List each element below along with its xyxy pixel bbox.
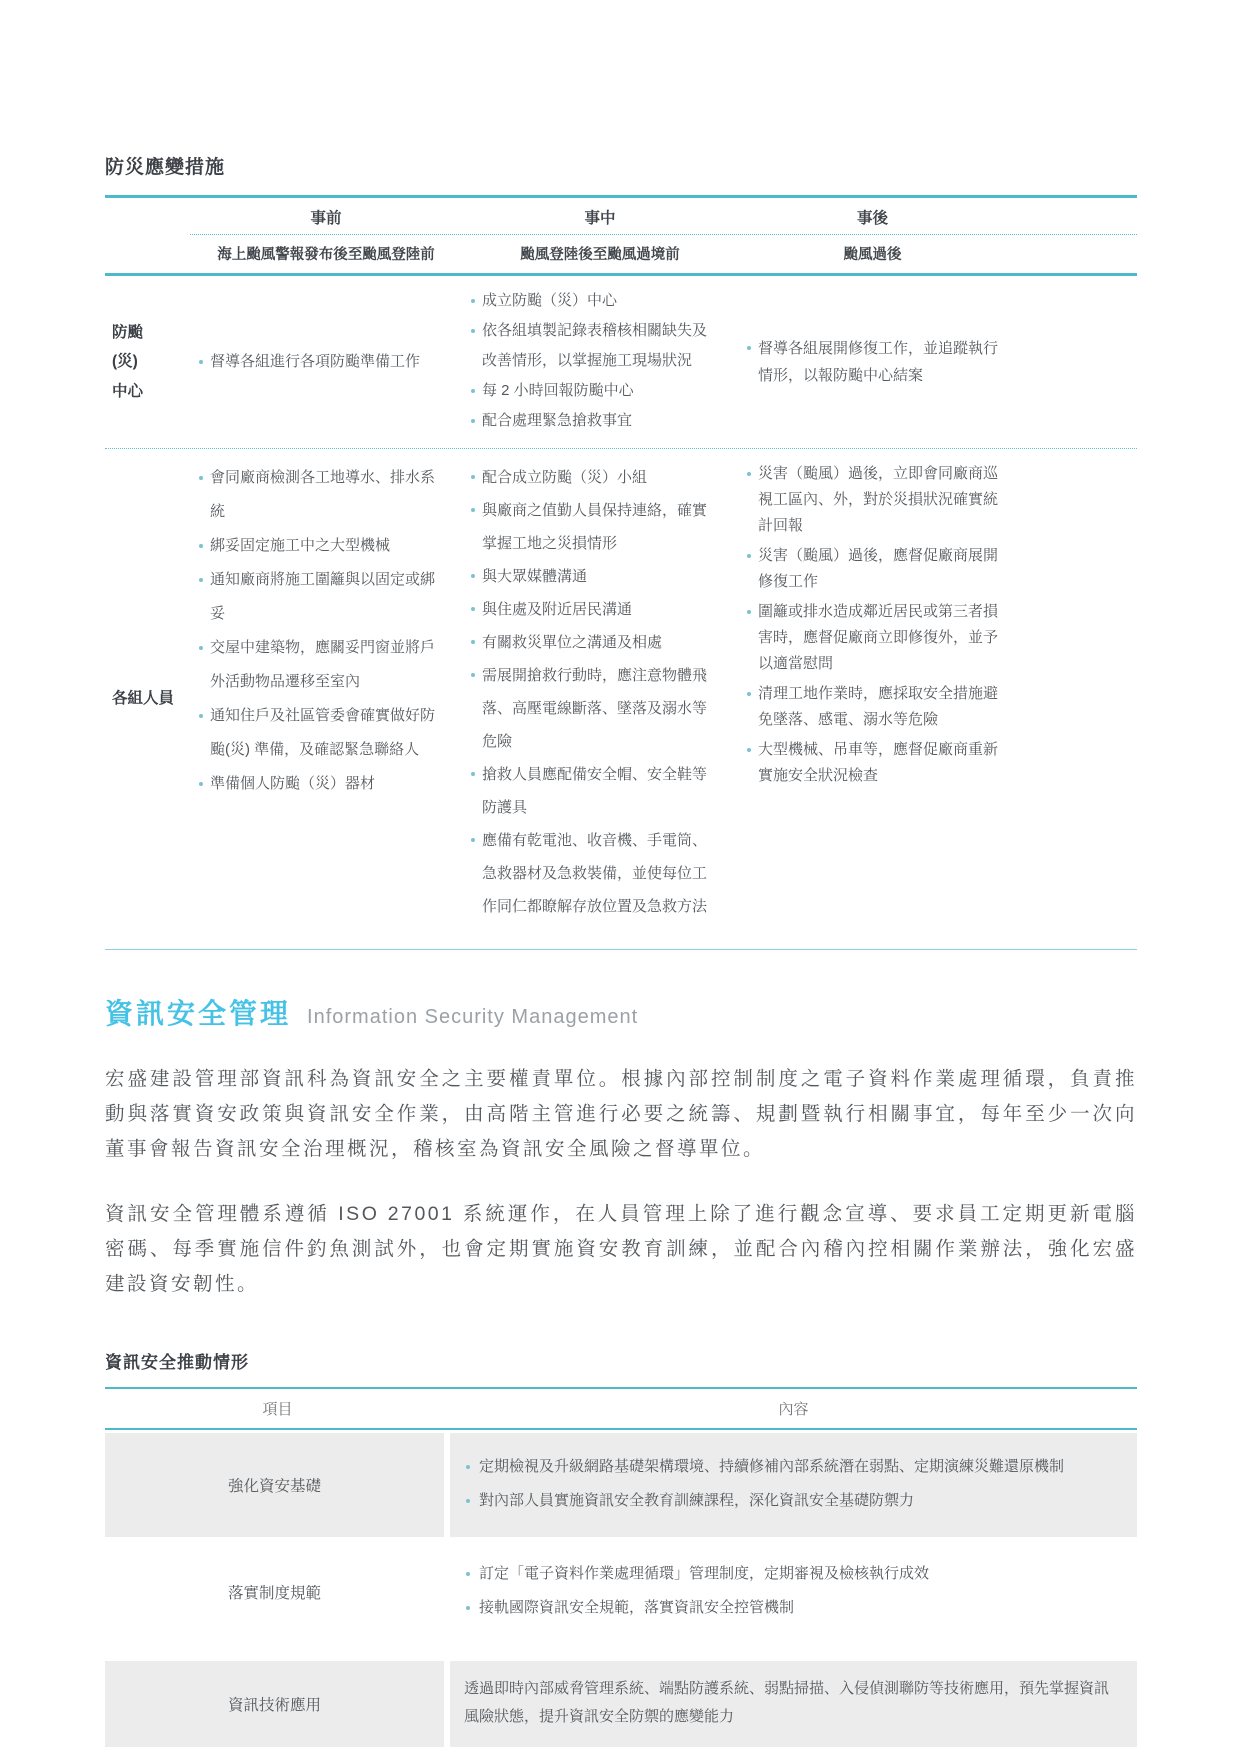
cell-center-during: 成立防颱（災）中心 依各組填製記錄表稽核相關缺失及改善情形，以掌握施工現場狀況 … <box>462 276 738 448</box>
row-content: 訂定「電子資料作業處理循環」管理制度，定期審視及檢核執行成效 接軌國際資訊安全規… <box>450 1540 1137 1644</box>
bullet-item: 大型機械、吊車等，應督促廠商重新實施安全狀況檢查 <box>745 737 1005 789</box>
bullet-item: 與大眾媒體溝通 <box>469 560 716 593</box>
info-security-table: 項目 內容 強化資安基礎 定期檢視及升級網路基礎架構環境、持續修補內部系統潛在弱… <box>105 1387 1137 1747</box>
bullet-item: 災害（颱風）過後，立即會同廠商巡視工區內、外，對於災損狀況確實統計回報 <box>745 461 1005 539</box>
subheader-spacer <box>105 243 190 264</box>
paragraph: 資訊安全管理體系遵循 ISO 27001 系統運作，在人員管理上除了進行觀念宣導… <box>105 1197 1137 1302</box>
bullet-item: 與廠商之值勤人員保持連絡，確實掌握工地之災損情形 <box>469 494 716 560</box>
subheader-after: 颱風過後 <box>738 243 1137 264</box>
table-row: 資訊技術應用 透過即時內部威脅管理系統、端點防護系統、弱點掃描、入侵偵測聯防等技… <box>105 1661 1137 1747</box>
column-header-item: 項目 <box>105 1398 450 1419</box>
bullet-item: 督導各組展開修復工作，並追蹤執行情形，以報防颱中心結案 <box>745 335 1005 389</box>
bullet-item: 需展開搶救行動時，應注意物體飛落、高壓電線斷落、墜落及溺水等危險 <box>469 659 716 758</box>
column-header-content: 內容 <box>450 1398 1137 1419</box>
disaster-table-title: 防災應變措施 <box>105 152 1137 179</box>
cell-center-before: 督導各組進行各項防颱準備工作 <box>190 276 462 448</box>
subheader-before: 海上颱風警報發布後至颱風登陸前 <box>190 243 462 264</box>
bullet-item: 準備個人防颱（災）器材 <box>197 767 446 801</box>
section-heading: 資訊安全管理 Information Security Management <box>105 992 1137 1032</box>
bullet-item: 災害（颱風）過後，應督促廠商展開修復工作 <box>745 543 1005 595</box>
bullet-item: 會同廠商檢測各工地導水、排水系統 <box>197 461 446 529</box>
bullet-item: 定期檢視及升級網路基礎架構環境、持續修補內部系統潛在弱點、定期演練災難還原機制 <box>462 1453 1111 1481</box>
subsection-title: 資訊安全推動情形 <box>105 1348 1137 1373</box>
bullet-item: 接軌國際資訊安全規範，落實資訊安全控管機制 <box>462 1594 1111 1622</box>
bullet-item: 有關救災單位之溝通及相處 <box>469 626 716 659</box>
row-content: 定期檢視及升級網路基礎架構環境、持續修補內部系統潛在弱點、定期演練災難還原機制 … <box>450 1433 1137 1537</box>
section-heading-en: Information Security Management <box>307 1006 638 1029</box>
bullet-item: 交屋中建築物，應關妥門窗並將戶外活動物品遷移至室內 <box>197 631 446 699</box>
subheader-during: 颱風登陸後至颱風過境前 <box>462 243 738 264</box>
phase-header-after: 事後 <box>738 206 1137 228</box>
row-item-label: 資訊技術應用 <box>105 1661 444 1747</box>
header-divider <box>190 234 1137 235</box>
bullet-item: 通知廠商將施工圍籬與以固定或綁妥 <box>197 563 446 631</box>
bullet-item: 依各組填製記錄表稽核相關缺失及改善情形，以掌握施工現場狀況 <box>469 316 716 376</box>
section-heading-zh: 資訊安全管理 <box>105 992 291 1032</box>
bullet-item: 督導各組進行各項防颱準備工作 <box>197 347 446 377</box>
bullet-item: 配合處理緊急搶救事宜 <box>469 406 716 436</box>
page-content: 防災應變措施 事前 事中 事後 海上颱風警報發布後至颱風登陸前 颱風登陸後至颱風… <box>105 0 1137 1747</box>
phase-header-row: 事前 事中 事後 <box>105 198 1137 235</box>
table-row-teams: 各組人員 會同廠商檢測各工地導水、排水系統 綁妥固定施工中之大型機械 通知廠商將… <box>105 449 1137 950</box>
bullet-item: 應備有乾電池、收音機、手電筒、急救器材及急救裝備，並使每位工作同仁都瞭解存放位置… <box>469 824 716 923</box>
phase-header-before: 事前 <box>190 206 462 228</box>
bullet-item: 每 2 小時回報防颱中心 <box>469 376 716 406</box>
paragraph: 宏盛建設管理部資訊科為資訊安全之主要權責單位。根據內部控制制度之電子資料作業處理… <box>105 1062 1137 1167</box>
bullet-item: 通知住戶及社區管委會確實做好防颱(災) 準備，及確認緊急聯絡人 <box>197 699 446 767</box>
bullet-item: 圍籬或排水造成鄰近居民或第三者損害時，應督促廠商立即修復外，並予以適當慰問 <box>745 599 1005 677</box>
bullet-item: 搶救人員應配備安全帽、安全鞋等防護具 <box>469 758 716 824</box>
table-row-center: 防颱 (災) 中心 督導各組進行各項防颱準備工作 成立防颱（災）中心 依各組填製… <box>105 276 1137 449</box>
row-item-label: 落實制度規範 <box>105 1540 444 1644</box>
bullet-item: 對內部人員實施資訊安全教育訓練課程，深化資訊安全基礎防禦力 <box>462 1487 1111 1515</box>
disaster-response-table: 事前 事中 事後 海上颱風警報發布後至颱風登陸前 颱風登陸後至颱風過境前 颱風過… <box>105 195 1137 950</box>
row-content: 透過即時內部威脅管理系統、端點防護系統、弱點掃描、入侵偵測聯防等技術應用，預先掌… <box>450 1661 1137 1747</box>
header-spacer <box>105 206 190 228</box>
bullet-item: 與住處及附近居民溝通 <box>469 593 716 626</box>
info-table-header: 項目 內容 <box>105 1389 1137 1430</box>
phase-header-during: 事中 <box>462 206 738 228</box>
report-page: 防災應變措施 事前 事中 事後 海上颱風警報發布後至颱風登陸前 颱風登陸後至颱風… <box>0 0 1241 1755</box>
bullet-item: 成立防颱（災）中心 <box>469 286 716 316</box>
bullet-item: 配合成立防颱（災）小組 <box>469 461 716 494</box>
row-label-teams: 各組人員 <box>105 449 190 949</box>
bullet-item: 綁妥固定施工中之大型機械 <box>197 529 446 563</box>
row-label-center: 防颱 (災) 中心 <box>105 276 190 448</box>
row-content-text: 透過即時內部威脅管理系統、端點防護系統、弱點掃描、入侵偵測聯防等技術應用，預先掌… <box>462 1675 1111 1731</box>
row-item-label: 強化資安基礎 <box>105 1433 444 1537</box>
cell-teams-during: 配合成立防颱（災）小組 與廠商之值勤人員保持連絡，確實掌握工地之災損情形 與大眾… <box>462 449 738 949</box>
cell-teams-after: 災害（颱風）過後，立即會同廠商巡視工區內、外，對於災損狀況確實統計回報 災害（颱… <box>738 449 1137 949</box>
table-row: 強化資安基礎 定期檢視及升級網路基礎架構環境、持續修補內部系統潛在弱點、定期演練… <box>105 1433 1137 1537</box>
cell-teams-before: 會同廠商檢測各工地導水、排水系統 綁妥固定施工中之大型機械 通知廠商將施工圍籬與… <box>190 449 462 949</box>
cell-center-after: 督導各組展開修復工作，並追蹤執行情形，以報防颱中心結案 <box>738 276 1137 448</box>
bullet-item: 訂定「電子資料作業處理循環」管理制度，定期審視及檢核執行成效 <box>462 1560 1111 1588</box>
bullet-item: 清理工地作業時，應採取安全措施避免墜落、感電、溺水等危險 <box>745 681 1005 733</box>
phase-subheader-row: 海上颱風警報發布後至颱風登陸前 颱風登陸後至颱風過境前 颱風過後 <box>105 235 1137 276</box>
table-row: 落實制度規範 訂定「電子資料作業處理循環」管理制度，定期審視及檢核執行成效 接軌… <box>105 1540 1137 1644</box>
